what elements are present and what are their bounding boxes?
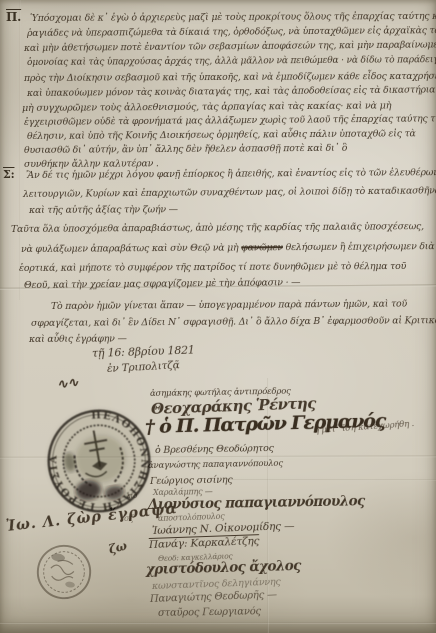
fold-crease-horizontal: [228, 479, 436, 481]
handwritten-line: Θεοῦ, καὶ τὴν χρείαν μας σφραγίζομεν μὲ …: [24, 277, 300, 291]
handwritten-line: Ὑπόσχομαι δὲ κ᾽ ἐγὼ ὁ ἀρχιερεὺς μαζὶ μὲ …: [30, 11, 436, 24]
signature-line: ὁ Βρεσθένης Θεοδώρητος: [155, 443, 274, 456]
fold-crease-horizontal: [0, 622, 436, 624]
flourish-mark: ∿∿: [56, 375, 79, 393]
handwritten-line: ῥαγιάδες νὰ ὑπερασπιζώμεθα τὰ δίκαιά της…: [27, 25, 436, 39]
handwritten-line: Τὸ παρὸν ἡμῶν γίνεται ἅπαν — ὑπογεγραμμέ…: [51, 299, 407, 312]
handwritten-line: σφραγίζεται, καὶ δι᾽ ἓν Δίδει Ν᾽ σφραγισ…: [31, 315, 436, 329]
signature-line: Πανάγ: Καρκαλέτζης: [149, 535, 260, 551]
manuscript-page: Π. Ὑπόσχομαι δὲ κ᾽ ἐγὼ ὁ ἀρχιερεὺς μαζὶ …: [0, 0, 436, 633]
signature-line: σταῦρος Γεωργιανός: [158, 606, 261, 619]
handwritten-line: ἐγχειρισθῶμεν οὐδὲ τὰ φρονήματά μας ἀλλά…: [24, 113, 436, 128]
signature-line: Διονύσιος παπαγιαννόπουλος: [148, 493, 365, 513]
handwritten-line: ὁμονοίας καὶ τὰς ὑπαρχούσας ἀρχάς της, ἀ…: [27, 55, 436, 68]
handwritten-line: καὶ ὑπακούωμεν μόνον τὰς κοινὰς διαταγάς…: [27, 84, 436, 99]
paragraph-marker: Σ:: [3, 168, 14, 181]
handwritten-line: Ταῦτα ὅλα ὑποσχόμεθα ἀπαραβιάστως, ἀπὸ μ…: [11, 221, 424, 235]
handwritten-line: καὶ μὴν ἀθετήσωμεν ποτὲ ἐναντίον τῶν σεβ…: [24, 39, 436, 54]
line-fragment: θελήσωμεν ἢ ἐπιχειρήσωμεν διὰ: [283, 241, 435, 253]
signature-line: Ἰωάννης Ν. Οἰκονομίδης —: [152, 520, 295, 537]
signature-line: ἀναγνώστης παπαγιαννόπουλος: [148, 459, 283, 471]
handwritten-line: ἑορτικά, καὶ μήποτε τὸ συμφέρον τῆς πατρ…: [19, 261, 406, 274]
small-ink-seal: [29, 537, 99, 607]
handwritten-line: καὶ αὖθις ἐγράφην —: [29, 333, 127, 345]
margin-mark: σζ: [124, 514, 133, 523]
handwritten-line: θέλησιν, καὶ ὑπὸ τῆς Κοινῆς Διοικήσεως ὁ…: [27, 128, 416, 142]
line-fragment: νὰ φυλάξωμεν ἀπαραβάτως καὶ σὺν Θεῷ νὰ μ…: [21, 242, 241, 255]
struck-word: φανῶμεν: [241, 242, 283, 253]
dateline-place: ἐν Τριπολιτζᾷ: [107, 359, 180, 375]
signature-line: Παναγιώτης Θεοδωρῆς —: [150, 590, 277, 605]
handwritten-line: μὴ συγχωρῶμεν τοὺς ἀλλοεθνισμούς, τὰς ἁρ…: [22, 100, 391, 114]
handwritten-line: καὶ τῆς αὐτῆς ἀξίας τὴν ζωήν —: [29, 204, 178, 216]
paragraph-marker: Π.: [6, 10, 21, 24]
signature-line: χριστόδουλος ἄχολος: [146, 558, 301, 578]
large-ink-seal: ΠΕΛΟΠΟΝΝΗΣΙΑΚΗ ΓΕΡΟΥΣΙΑ: [32, 394, 166, 528]
handwritten-line: νὰ φυλάξωμεν ἀπαραβάτως καὶ σὺν Θεῷ νὰ μ…: [21, 241, 434, 255]
handwritten-line: Ἂν δέ τις ἡμῶν μέχρι λόγου φανῇ ἐπίορκος…: [26, 167, 436, 181]
left-scrawl-mark: ζω: [107, 539, 128, 557]
dateline-date: τῇ 16: 8βρίου 1821: [92, 343, 195, 360]
handwritten-line: πρὸς τὴν Διοίκησιν σεβασμοῦ καὶ τῆς ὑπακ…: [24, 71, 436, 84]
handwritten-line: θυσιασθῶ δι᾽ αὐτήν, ἂν ὑπ᾽ ἄλλης δὲν ἤθε…: [24, 143, 347, 156]
handwritten-line: λειτουργιῶν, Κυρίων καὶ ἐπαρχιωτῶν συναχ…: [23, 185, 436, 200]
